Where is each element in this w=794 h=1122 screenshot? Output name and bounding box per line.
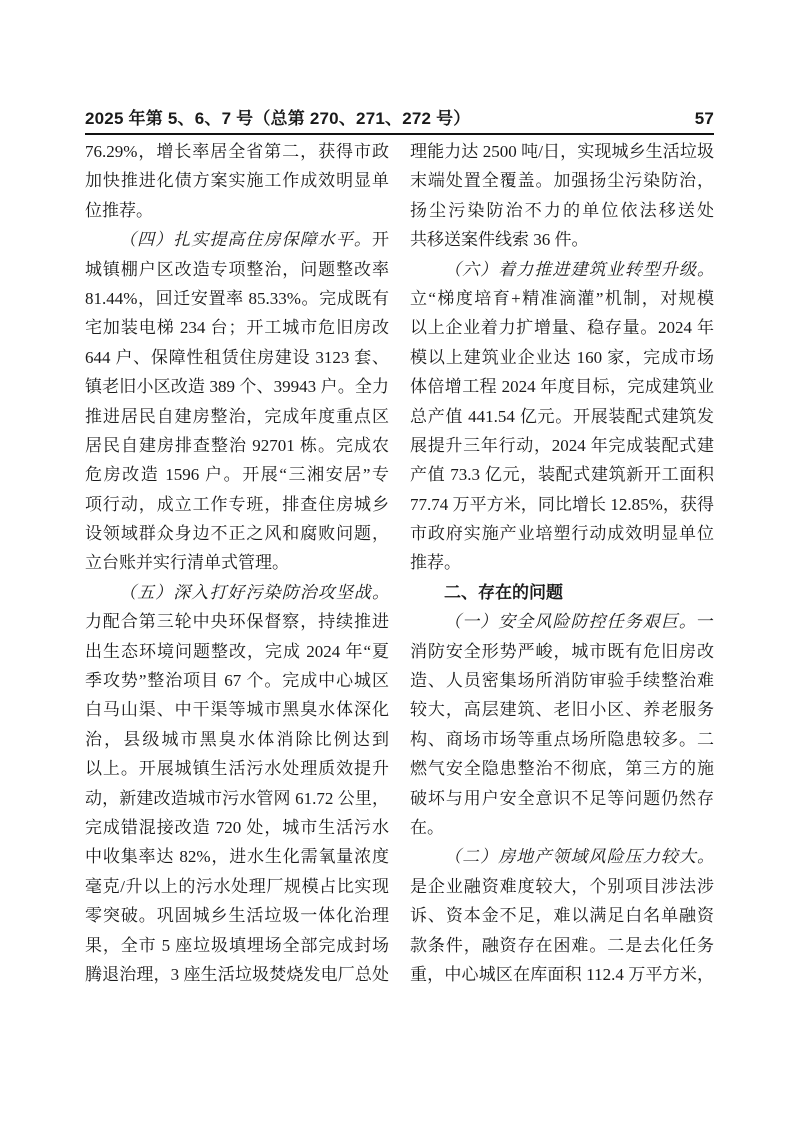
body-text: 治，县级城市黑臭水体消除比例达到 80% [85, 730, 389, 754]
section-heading: （一）安全风险防控任务艰巨。 [444, 612, 697, 631]
text-line: （五）深入打好污染防治攻坚战。全 [85, 578, 389, 607]
body-text: 市政府实施产业培塑行动成效明显单位 [410, 524, 714, 543]
text-line: 在。 [410, 813, 714, 842]
text-line: 破坏与用户安全意识不足等问题仍然存 [410, 784, 714, 813]
section-heading: （六）着力推进建筑业转型升级。 [444, 260, 714, 279]
body-text: 消防安全形势严峻，城市既有危旧房改 [410, 642, 714, 661]
text-line: 立“梯度培育+精准滴灌”机制，对规模 [410, 284, 714, 313]
body-text: 白马山渠、中干渠等城市黑臭水体深化整 [85, 700, 389, 724]
body-text: 果，全市 5 座垃圾填埋场全部完成封场或 [85, 936, 389, 960]
text-line: 镇老旧小区改造 389 个、39943 户。全力 [85, 372, 389, 401]
body-text: 居民自建房排查整治 92701 栋。完成农村 [85, 436, 389, 460]
body-text: 81.44%，回迁安置率 85.33%。完成既有住 [85, 289, 389, 313]
text-line: 二、存在的问题 [410, 578, 714, 607]
body-text: 位推荐。 [85, 201, 153, 220]
text-line: 危房改造 1596 户。开展“三湘安居”专 [85, 460, 389, 489]
body-text: 季攻势”整治项目 67 个。完成中心城区 [85, 671, 389, 690]
body-text: 644 户、保障性租赁住房建设 3123 套、城 [85, 348, 389, 372]
body-text: 推荐。 [410, 553, 461, 572]
text-line: 出生态环境问题整改，完成 2024 年“夏 [85, 637, 389, 666]
text-line: 零突破。巩固城乡生活垃圾一体化治理成 [85, 901, 389, 930]
body-text: 推进居民自建房整治，完成年度重点区域 [85, 407, 389, 431]
body-text: 出生态环境问题整改，完成 2024 年“夏 [85, 642, 389, 661]
text-line: 81.44%，回迁安置率 85.33%。完成既有住 [85, 284, 389, 313]
text-columns: 76.29%，增长率居全省第二，获得市政府加快推进化债方案实施工作成效明显单位推… [85, 137, 714, 989]
text-line: 较大，高层建筑、老旧小区、养老服务机 [410, 695, 714, 724]
text-line: 推荐。 [410, 548, 714, 577]
body-text: 危房改造 1596 户。开展“三湘安居”专 [85, 465, 389, 484]
body-text: 重，中心城区在库面积 112.4 万平方米， [410, 965, 714, 984]
page-number: 57 [695, 109, 714, 129]
text-line: 共移送案件线索 36 件。 [410, 225, 714, 254]
body-text: 动，新建改造城市污水管网 61.72 公里， [85, 789, 389, 808]
body-text: 城镇棚户区改造专项整治，问题整改率 [85, 260, 389, 279]
body-text: 加快推进化债方案实施工作成效明显单 [85, 171, 389, 190]
body-text: 理能力达 2500 吨/日，实现城乡生活垃圾 [410, 142, 714, 161]
text-line: 宅加装电梯 234 台；开工城市危旧房改造 [85, 313, 389, 342]
text-line: 项行动，成立工作专班，排查住房城乡建 [85, 490, 389, 519]
text-line: 76.29%，增长率居全省第二，获得市政府 [85, 137, 389, 166]
body-text: 款条件，融资存在困难。二是去化任务较 [410, 936, 714, 960]
body-text: 诉、资本金不足，难以满足白名单融资贷 [410, 906, 714, 930]
text-line: 市政府实施产业培塑行动成效明显单位 [410, 519, 714, 548]
text-line: 季攻势”整治项目 67 个。完成中心城区 [85, 666, 389, 695]
text-line: 果，全市 5 座垃圾填埋场全部完成封场或 [85, 931, 389, 960]
body-text: 较大，高层建筑、老旧小区、养老服务机 [410, 700, 714, 724]
text-line: 以上。开展城镇生活污水处理质效提升行 [85, 754, 389, 783]
text-line: 是企业融资难度较大，个别项目涉法涉 [410, 872, 714, 901]
text-line: 造、人员密集场所消防审验手续整治难度 [410, 666, 714, 695]
text-line: 燃气安全隐患整治不彻底，第三方的施工 [410, 754, 714, 783]
body-text: 镇老旧小区改造 389 个、39943 户。全力 [85, 377, 389, 396]
body-text: 以上。开展城镇生活污水处理质效提升行 [85, 759, 389, 783]
body-text: 设领域群众身边不正之风和腐败问题，建 [85, 524, 389, 548]
text-line: 重，中心城区在库面积 112.4 万平方米， [410, 960, 714, 989]
text-line: 毫克/升以上的污水处理厂规模占比实现 [85, 872, 389, 901]
section-heading: （五）深入打好污染防治攻坚战。 [119, 583, 389, 602]
body-text: 构、商场市场等重点场所隐患较多。二是 [410, 730, 714, 754]
text-line: 以上企业着力扩增量、稳存量。2024 年规 [410, 313, 714, 342]
text-line: 扬尘污染防治不力的单位依法移送处罚， [410, 196, 714, 225]
text-line: 644 户、保障性租赁住房建设 3123 套、城 [85, 343, 389, 372]
body-text: 末端处置全覆盖。加强扬尘污染防治，对 [410, 171, 714, 195]
body-text: 腾退治理，3 座生活垃圾焚烧发电厂总处 [85, 965, 389, 984]
text-line: 城镇棚户区改造专项整治，问题整改率 [85, 255, 389, 284]
text-line: 治，县级城市黑臭水体消除比例达到 80% [85, 725, 389, 754]
body-text: 共移送案件线索 36 件。 [410, 230, 589, 249]
text-line: 力配合第三轮中央环保督察，持续推进突 [85, 607, 389, 636]
body-text: 77.74 万平方米，同比增长 12.85%，获得 [410, 495, 714, 514]
text-line: 构、商场市场等重点场所隐患较多。二是 [410, 725, 714, 754]
section-heading: （四）扎实提高住房保障水平。 [119, 230, 372, 249]
text-line: 立台账并实行清单式管理。 [85, 548, 389, 577]
text-line: （二）房地产领域风险压力较大。一 [410, 842, 714, 871]
text-line: 款条件，融资存在困难。二是去化任务较 [410, 931, 714, 960]
body-text: 立台账并实行清单式管理。 [85, 553, 289, 572]
body-text: 毫克/升以上的污水处理厂规模占比实现 [85, 877, 389, 896]
text-line: 末端处置全覆盖。加强扬尘污染防治，对 [410, 166, 714, 195]
body-text: 中收集率达 82%，进水生化需氧量浓度 100 [85, 847, 389, 871]
right-column: 理能力达 2500 吨/日，实现城乡生活垃圾末端处置全覆盖。加强扬尘污染防治，对… [410, 137, 714, 989]
body-text: 零突破。巩固城乡生活垃圾一体化治理成 [85, 906, 389, 930]
body-text: 扬尘污染防治不力的单位依法移送处罚， [410, 201, 714, 225]
body-text: 产值 73.3 亿元，装配式建筑新开工面积 [410, 465, 714, 484]
body-text: 以上企业着力扩增量、稳存量。2024 年规 [410, 318, 714, 342]
body-text: 破坏与用户安全意识不足等问题仍然存 [410, 789, 714, 808]
body-text: 76.29%，增长率居全省第二，获得市政府 [85, 142, 389, 166]
text-line: 位推荐。 [85, 196, 389, 225]
body-text: 展提升三年行动，2024 年完成装配式建筑 [410, 436, 714, 460]
section-heading: （二）房地产领域风险压力较大。 [444, 847, 714, 866]
text-line: 中收集率达 82%，进水生化需氧量浓度 100 [85, 842, 389, 871]
text-line: （四）扎实提高住房保障水平。开展 [85, 225, 389, 254]
text-line: 推进居民自建房整治，完成年度重点区域 [85, 402, 389, 431]
text-line: 77.74 万平方米，同比增长 12.85%，获得 [410, 490, 714, 519]
body-text: 力配合第三轮中央环保督察，持续推进突 [85, 612, 389, 636]
text-line: 模以上建筑业企业达 160 家，完成市场主 [410, 343, 714, 372]
text-line: 消防安全形势严峻，城市既有危旧房改 [410, 637, 714, 666]
text-line: 加快推进化债方案实施工作成效明显单 [85, 166, 389, 195]
body-text: 立“梯度培育+精准滴灌”机制，对规模 [410, 289, 714, 308]
text-line: （一）安全风险防控任务艰巨。一是 [410, 607, 714, 636]
major-heading: 二、存在的问题 [444, 583, 563, 602]
issue-info: 2025 年第 5、6、7 号（总第 270、271、272 号） [85, 104, 471, 129]
text-line: 诉、资本金不足，难以满足白名单融资贷 [410, 901, 714, 930]
text-line: 产值 73.3 亿元，装配式建筑新开工面积 [410, 460, 714, 489]
page-header: 2025 年第 5、6、7 号（总第 270、271、272 号） 57 [85, 104, 714, 135]
body-text: 燃气安全隐患整治不彻底，第三方的施工 [410, 759, 714, 783]
text-line: 白马山渠、中干渠等城市黑臭水体深化整 [85, 695, 389, 724]
text-line: 动，新建改造城市污水管网 61.72 公里， [85, 784, 389, 813]
text-line: 体倍增工程 2024 年度目标，完成建筑业 [410, 372, 714, 401]
text-line: 理能力达 2500 吨/日，实现城乡生活垃圾 [410, 137, 714, 166]
body-text: 体倍增工程 2024 年度目标，完成建筑业 [410, 377, 714, 396]
text-line: 完成错混接改造 720 处，城市生活污水集 [85, 813, 389, 842]
document-page: 2025 年第 5、6、7 号（总第 270、271、272 号） 57 76.… [0, 0, 794, 1122]
body-text: 项行动，成立工作专班，排查住房城乡建 [85, 495, 389, 519]
text-line: 设领域群众身边不正之风和腐败问题，建 [85, 519, 389, 548]
text-line: 腾退治理，3 座生活垃圾焚烧发电厂总处 [85, 960, 389, 989]
body-text: 是企业融资难度较大，个别项目涉法涉 [410, 877, 714, 896]
text-line: 居民自建房排查整治 92701 栋。完成农村 [85, 431, 389, 460]
body-text: 完成错混接改造 720 处，城市生活污水集 [85, 818, 389, 842]
text-line: 展提升三年行动，2024 年完成装配式建筑 [410, 431, 714, 460]
text-line: 总产值 441.54 亿元。开展装配式建筑发 [410, 402, 714, 431]
left-column: 76.29%，增长率居全省第二，获得市政府加快推进化债方案实施工作成效明显单位推… [85, 137, 389, 989]
body-text: 造、人员密集场所消防审验手续整治难度 [410, 671, 714, 695]
body-text: 总产值 441.54 亿元。开展装配式建筑发 [410, 407, 714, 426]
body-text: 模以上建筑业企业达 160 家，完成市场主 [410, 348, 714, 372]
body-text: 宅加装电梯 234 台；开工城市危旧房改造 [85, 318, 389, 342]
body-text: 在。 [410, 818, 444, 837]
text-line: （六）着力推进建筑业转型升级。建 [410, 255, 714, 284]
